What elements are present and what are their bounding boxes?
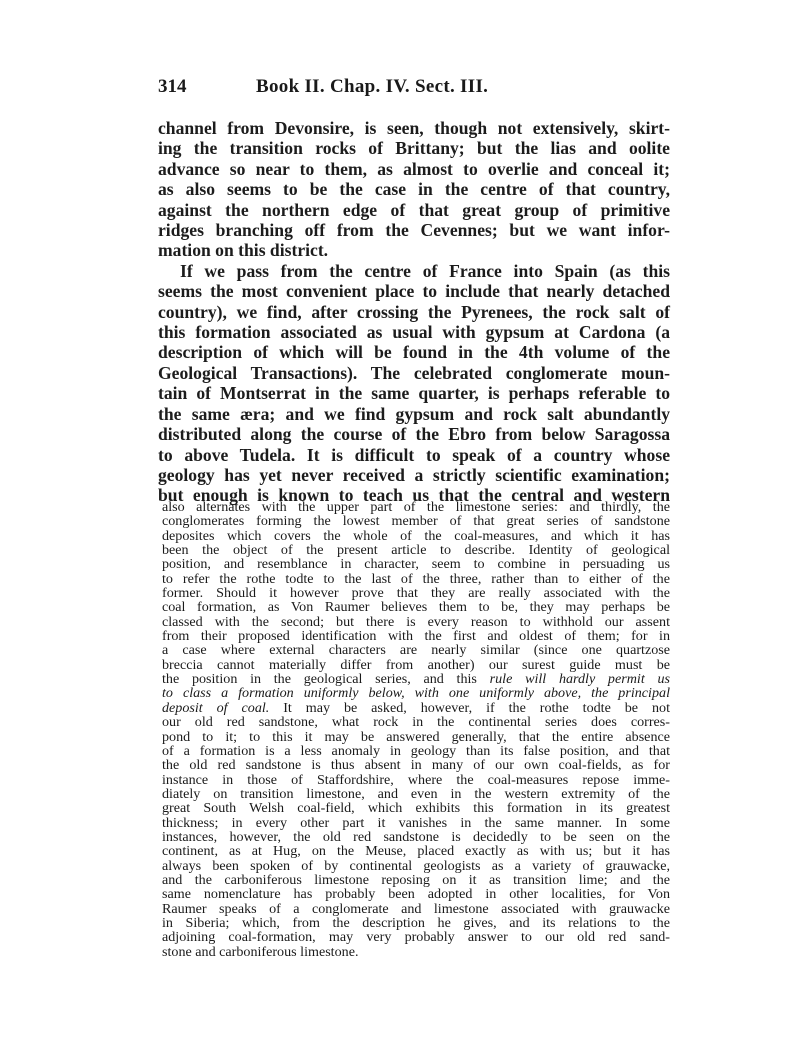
footnote-line: great South Welsh coal-field, which exhi… xyxy=(162,801,670,815)
footnote-line: coal formation, as Von Raumer believes t… xyxy=(162,600,670,614)
text-line: to above Tudela. It is difficult to spea… xyxy=(158,445,670,465)
page-header: 314 Book II. Chap. IV. Sect. III. xyxy=(158,72,670,102)
footnote-line: to refer the rothe todte to the last of … xyxy=(162,572,670,586)
text-line: geology has yet never received a strictl… xyxy=(158,465,670,485)
footnote-line: deposites which covers the whole of the … xyxy=(162,529,670,543)
text-line: advance so near to them, as almost to ov… xyxy=(158,159,670,179)
footnote-line: adjoining coal-formation, may very proba… xyxy=(162,930,670,944)
footnote-line: the position in the geological series, a… xyxy=(162,672,670,686)
running-head: Book II. Chap. IV. Sect. III. xyxy=(256,76,488,98)
text-line: mation on this district. xyxy=(158,240,670,260)
footnote-line: of a formation is a less anomaly in geol… xyxy=(162,744,670,758)
text-line: against the northern edge of that great … xyxy=(158,200,670,220)
text-line: ridges branching off from the Cevennes; … xyxy=(158,220,670,240)
footnote-line: same nomenclature has probably been adop… xyxy=(162,887,670,901)
footnote-line: a case where external characters are nea… xyxy=(162,643,670,657)
footnote-line: instance in those of Staffordshire, wher… xyxy=(162,773,670,787)
main-body-text: channel from Devonsire, is seen, though … xyxy=(158,118,670,506)
text-line: country), we find, after crossing the Py… xyxy=(158,302,670,322)
footnote-line: stone and carboniferous limestone. xyxy=(162,945,670,959)
footnote-line: pond to it; to this it may be answered g… xyxy=(162,730,670,744)
text-line: channel from Devonsire, is seen, though … xyxy=(158,118,670,138)
footnote-italic-line: to class a formation uniformly below, wi… xyxy=(162,686,670,700)
footnote-line: position, and resemblance in character, … xyxy=(162,557,670,571)
footnote-line: been the object of the present article t… xyxy=(162,543,670,557)
footnote-line: diately on transition limestone, and eve… xyxy=(162,787,670,801)
footnote-line: from their proposed identification with … xyxy=(162,629,670,643)
text-line: this formation associated as usual with … xyxy=(158,322,670,342)
book-page: 314 Book II. Chap. IV. Sect. III. channe… xyxy=(158,72,670,506)
footnote-line: former. Should it however prove that the… xyxy=(162,586,670,600)
footnote-line: continent, as at Hug, on the Meuse, plac… xyxy=(162,844,670,858)
footnote-line: and the carboniferous limestone reposing… xyxy=(162,873,670,887)
footnote-line: thickness; in every other part it vanish… xyxy=(162,816,670,830)
footnote-line: also alternates with the upper part of t… xyxy=(162,500,670,514)
footnote-line: in Siberia; which, from the description … xyxy=(162,916,670,930)
text-line: ing the transition rocks of Brittany; bu… xyxy=(158,138,670,158)
text-line: Geological Transactions). The celebrated… xyxy=(158,363,670,383)
text-line: description of which will be found in th… xyxy=(158,342,670,362)
footnote-line: our old red sandstone, what rock in the … xyxy=(162,715,670,729)
page-number: 314 xyxy=(158,76,187,98)
text-line: seems the most convenient place to inclu… xyxy=(158,281,670,301)
footnote-line: breccia cannot materially differ from an… xyxy=(162,658,670,672)
footnote-line: conglomerates forming the lowest member … xyxy=(162,514,670,528)
footnote-line: deposit of coal. It may be asked, howeve… xyxy=(162,701,670,715)
text-line: as also seems to be the case in the cent… xyxy=(158,179,670,199)
footnote-line: instances, however, the old red sandston… xyxy=(162,830,670,844)
footnote-line: always been spoken of by continental geo… xyxy=(162,859,670,873)
text-line: the same æra; and we find gypsum and roc… xyxy=(158,404,670,424)
paragraph-start-line: If we pass from the centre of France int… xyxy=(158,261,670,281)
footnote-line: classed with the second; but there is ev… xyxy=(162,615,670,629)
text-line: tain of Montserrat in the same quarter, … xyxy=(158,383,670,403)
footnote-line: Raumer speaks of a conglomerate and lime… xyxy=(162,902,670,916)
text-line: distributed along the course of the Ebro… xyxy=(158,424,670,444)
footnote-text: also alternates with the upper part of t… xyxy=(162,500,670,959)
footnote-line: the old red sandstone is thus absent in … xyxy=(162,758,670,772)
